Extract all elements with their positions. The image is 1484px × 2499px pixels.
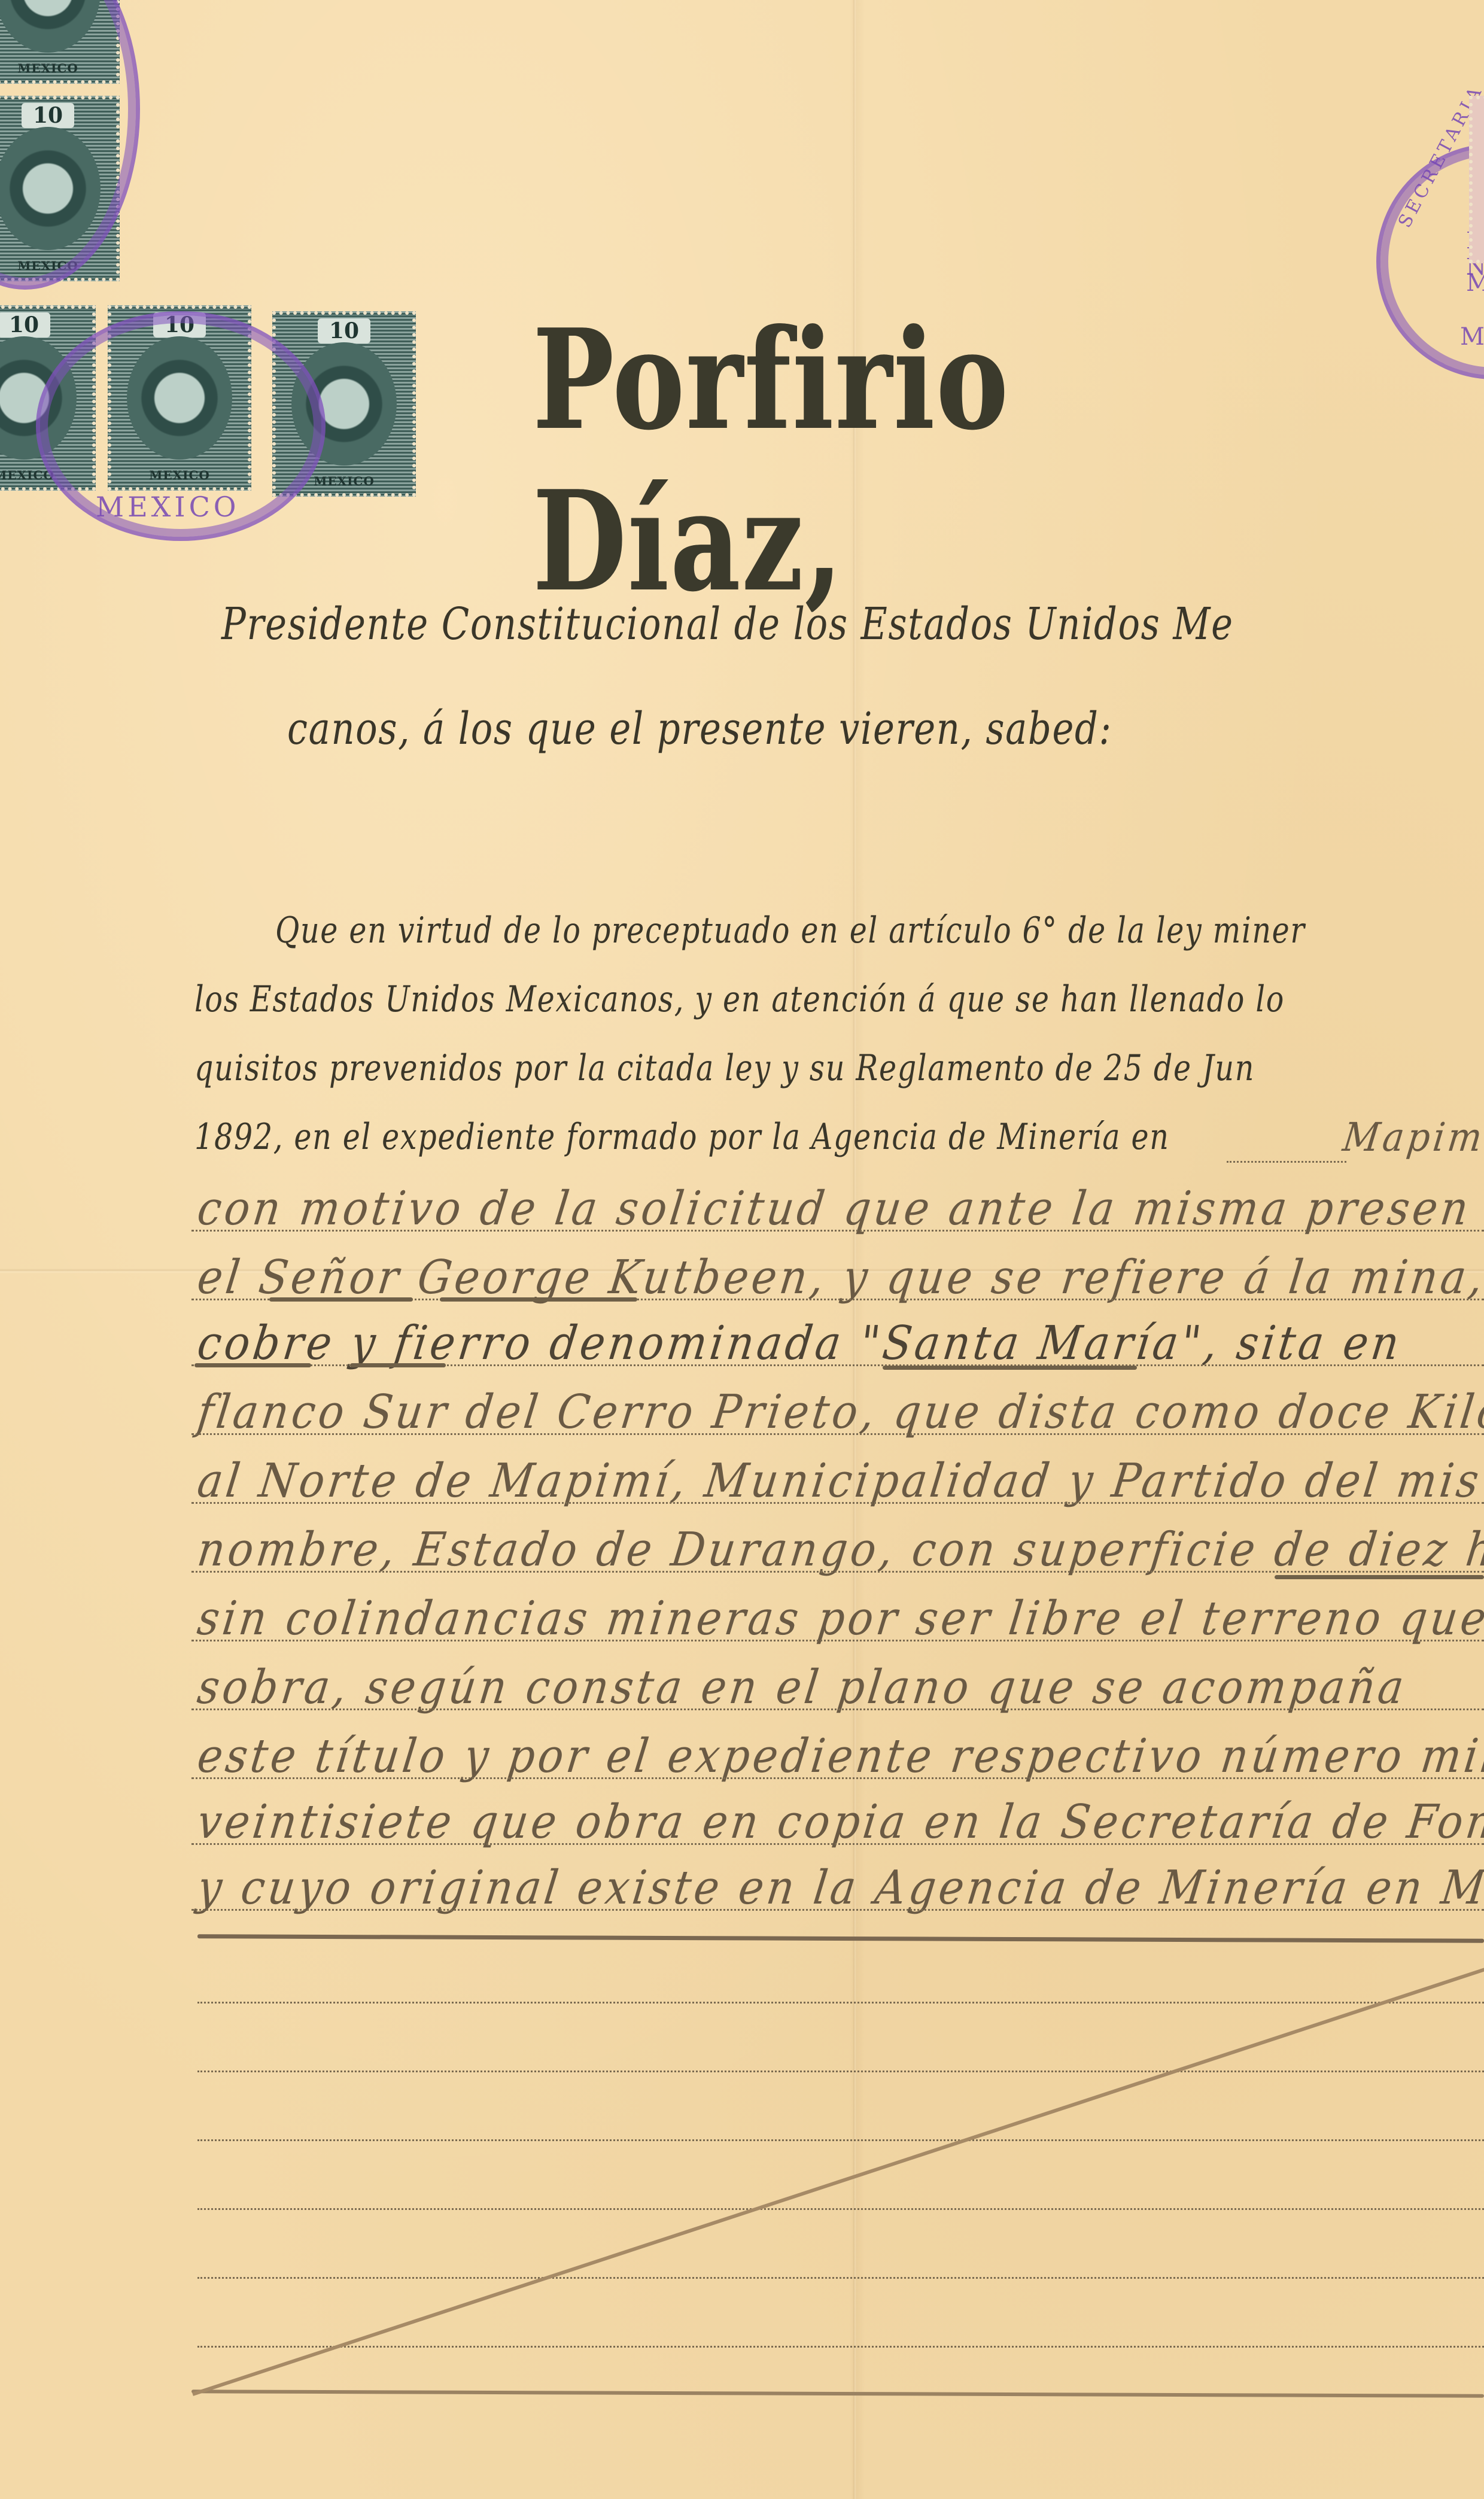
underline-mark — [269, 1297, 413, 1302]
underline-mark — [194, 1363, 311, 1367]
underline-mark — [1275, 1575, 1484, 1579]
document-title: Porfirio Díaz, — [533, 299, 1275, 622]
heavy-rule — [197, 1934, 1484, 1943]
heading-line: canos, á los que el presente vieren, sab… — [287, 703, 1112, 755]
heading-line: Presidente Constitucional de los Estados… — [221, 598, 1234, 650]
dotted-rule — [191, 1640, 1484, 1641]
underline-mark — [883, 1366, 1137, 1370]
handwritten-line: flanco Sur del Cerro Prieto, que dista c… — [194, 1385, 1484, 1439]
handwritten-line: sin colindancias mineras por ser libre e… — [194, 1592, 1484, 1646]
dotted-rule-blank — [197, 2346, 1484, 2348]
handwritten-fill: Mapimí — [1340, 1114, 1484, 1160]
seal-text: M — [1460, 323, 1484, 351]
dotted-rule — [191, 1502, 1484, 1504]
cancel-diagonal-line — [192, 1965, 1484, 2396]
seal-text: M — [1466, 269, 1484, 297]
body-line-printed: los Estados Unidos Mexicanos, y en atenc… — [194, 978, 1285, 1020]
bottom-rule — [191, 2389, 1484, 2398]
dotted-rule — [191, 1571, 1484, 1573]
dotted-rule — [191, 1777, 1484, 1779]
handwritten-line: nombre, Estado de Durango, con superfici… — [194, 1523, 1484, 1577]
body-line-printed: quisitos prevenidos por la citada ley y … — [194, 1047, 1255, 1089]
handwritten-line: el Señor George Kutbeen, y que se refier… — [194, 1251, 1484, 1305]
body-line-printed: 1892, en el expediente formado por la Ag… — [194, 1116, 1170, 1158]
body-line-printed: Que en virtud de lo preceptuado en el ar… — [275, 910, 1306, 951]
dotted-rule-blank — [197, 2208, 1484, 2210]
handwritten-line: veintisiete que obra en copia en la Secr… — [194, 1795, 1484, 1849]
handwritten-line: al Norte de Mapimí, Municipalidad y Part… — [194, 1454, 1484, 1508]
dotted-rule — [1227, 1161, 1346, 1163]
dotted-rule-blank — [197, 2071, 1484, 2072]
handwritten-line: con motivo de la solicitud que ante la m… — [194, 1182, 1474, 1236]
handwritten-line: y cuyo original existe en la Agencia de … — [194, 1861, 1484, 1915]
dotted-rule — [191, 1230, 1484, 1232]
dotted-rule — [191, 1909, 1484, 1911]
dotted-rule-blank — [197, 2139, 1484, 2141]
underline-mark — [440, 1297, 637, 1302]
dotted-rule — [191, 1433, 1484, 1435]
handwritten-line: cobre y fierro denominada "Santa María",… — [194, 1317, 1405, 1370]
dotted-rule — [191, 1843, 1484, 1845]
underline-mark — [350, 1363, 446, 1367]
seal-text: MEXICO — [96, 491, 240, 523]
revenue-stamp-edge — [1469, 96, 1484, 263]
handwritten-line: este título y por el expediente respecti… — [194, 1729, 1484, 1783]
dotted-rule-blank — [197, 2277, 1484, 2279]
dotted-rule — [191, 1708, 1484, 1710]
handwritten-line: sobra, según consta en el plano que se a… — [194, 1661, 1410, 1714]
dotted-rule-blank — [197, 2002, 1484, 2004]
